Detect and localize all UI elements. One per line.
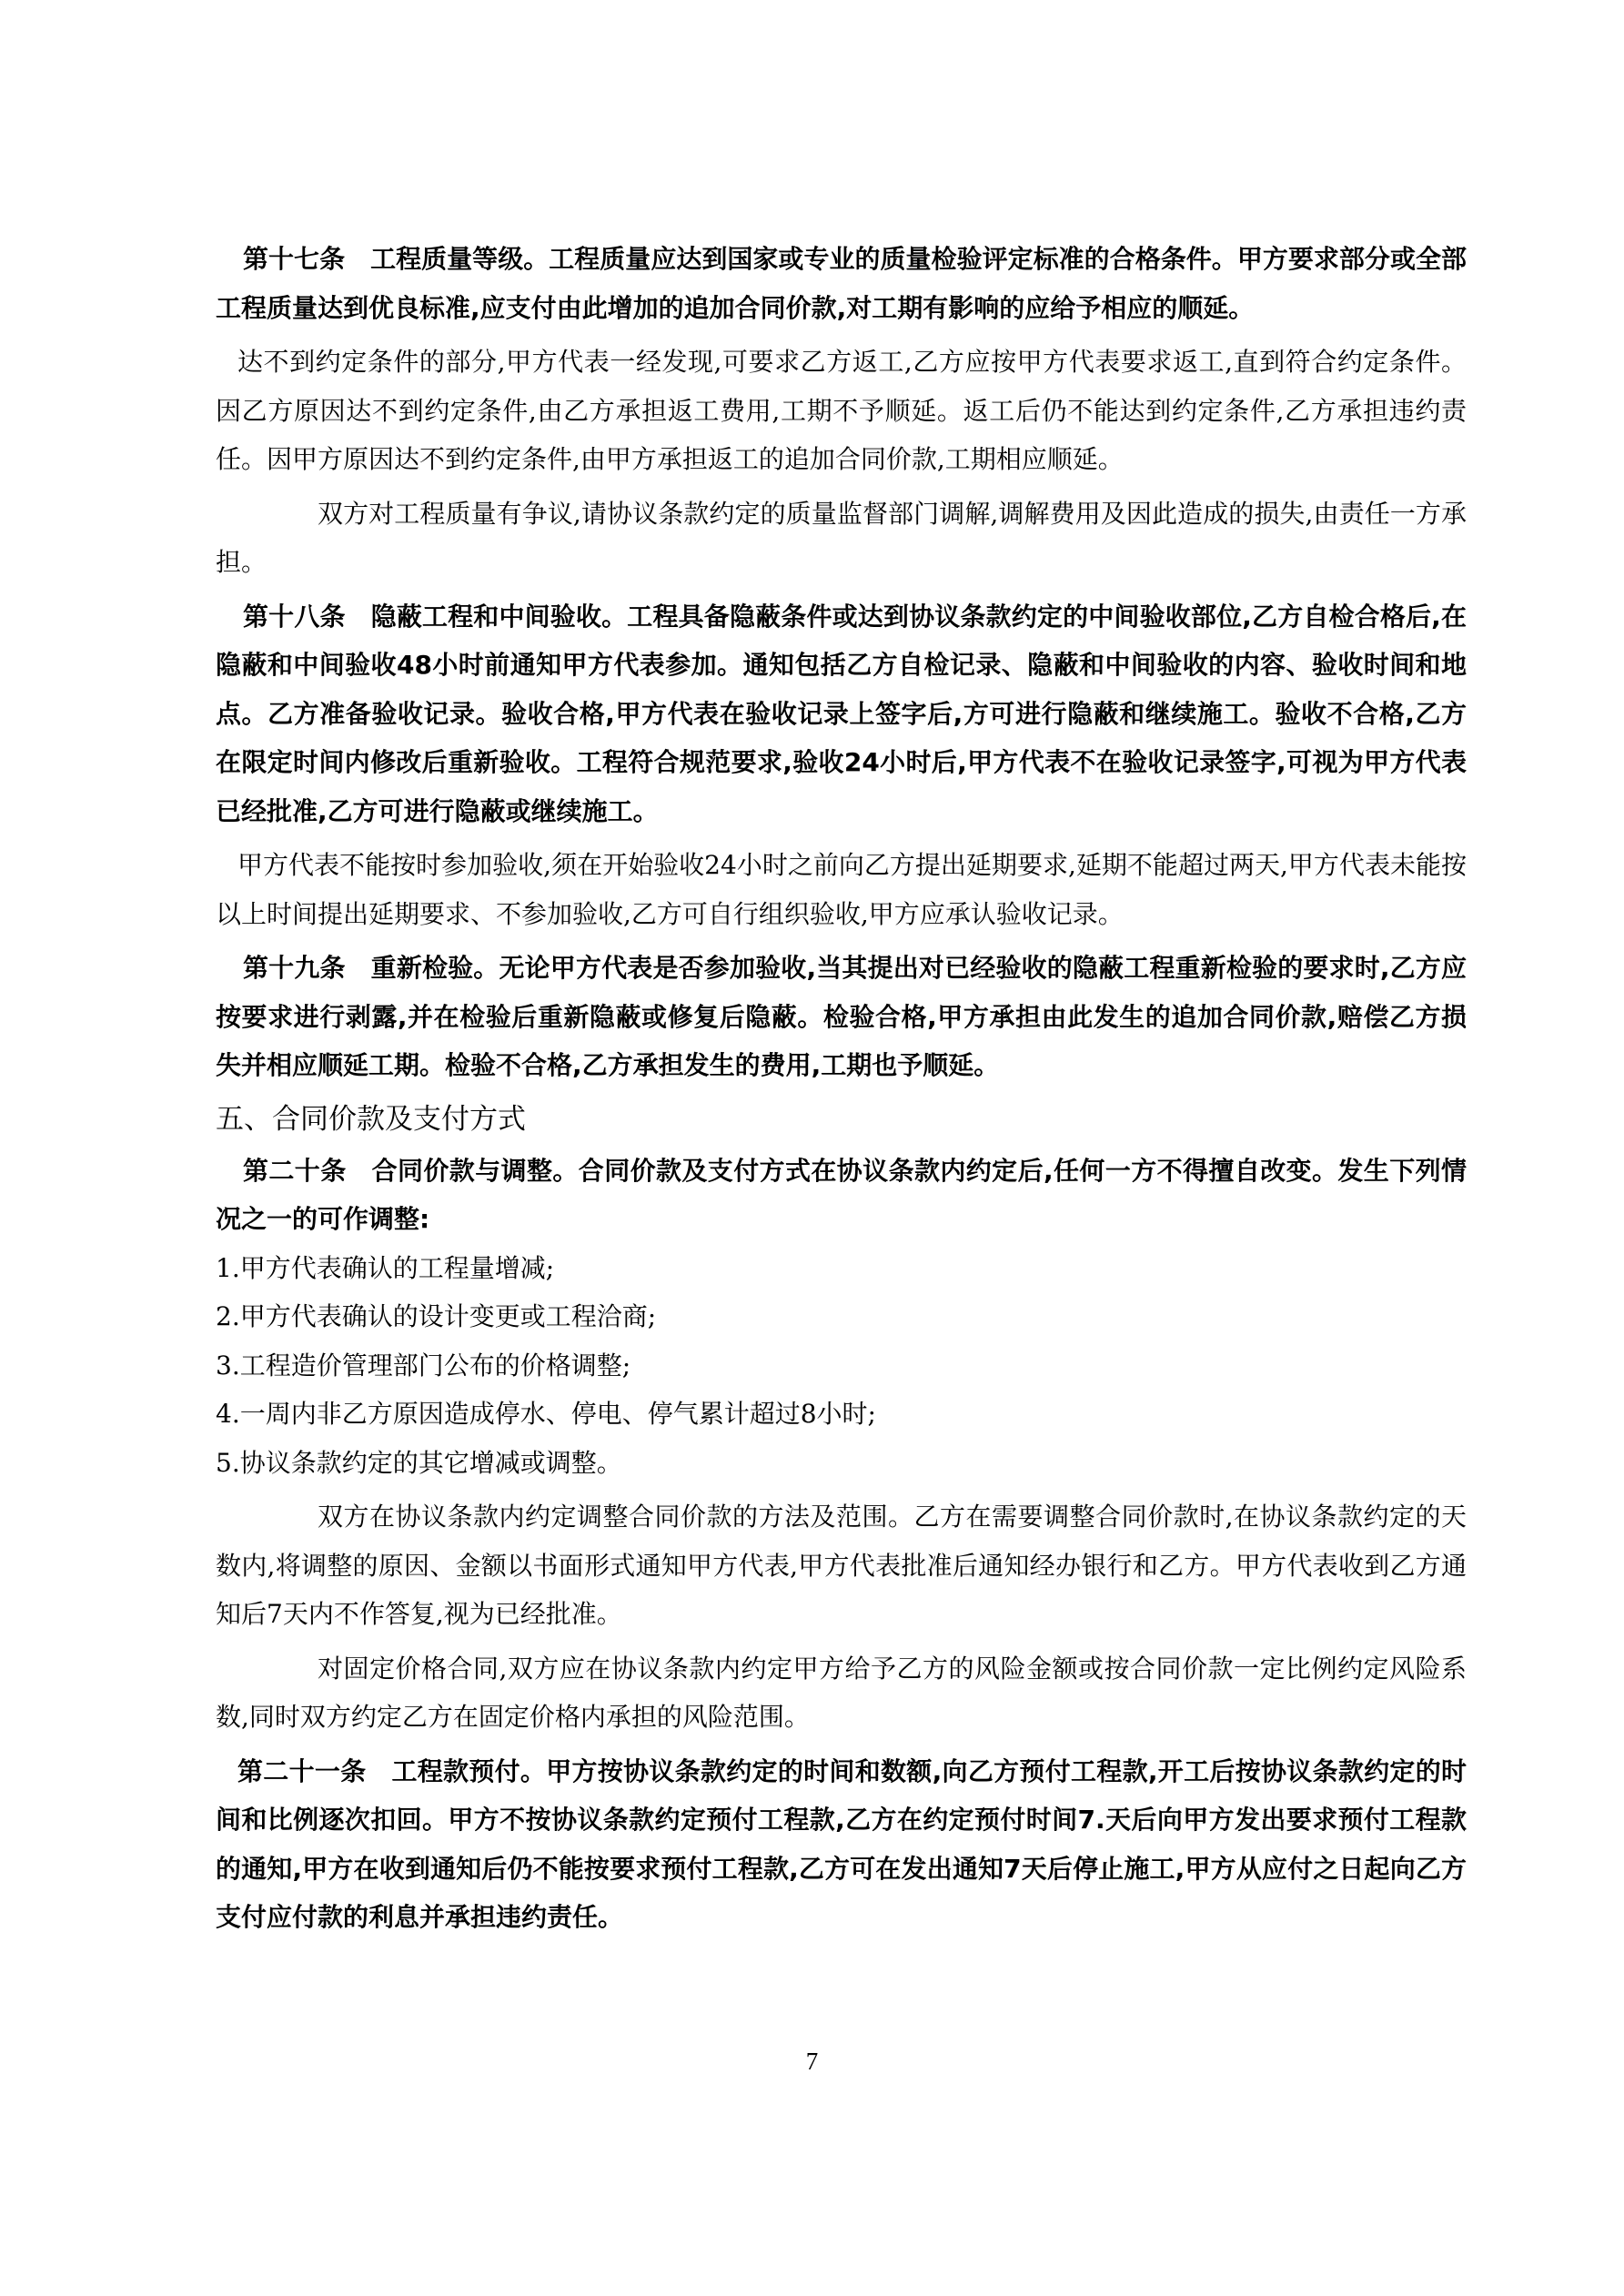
list-item: 1.甲方代表确认的工程量增减; xyxy=(216,1244,1467,1293)
article-number: 第二十条 xyxy=(243,1156,347,1186)
article-body: 工程质量等级。工程质量应达到国家或专业的质量检验评定标准的合格条件。甲方要求部分… xyxy=(216,244,1467,323)
article-number: 第十九条 xyxy=(243,953,346,983)
article-number: 第十七条 xyxy=(243,244,345,274)
list-item: 2.甲方代表确认的设计变更或工程洽商; xyxy=(216,1292,1467,1341)
article-20-paragraph-3: 对固定价格合同,双方应在协议条款内约定甲方给予乙方的风险金额或按合同价款一定比例… xyxy=(216,1644,1467,1742)
article-body: 工程款预付。甲方按协议条款约定的时间和数额,向乙方预付工程款,开工后按协议条款约… xyxy=(216,1756,1467,1933)
adjustment-list: 1.甲方代表确认的工程量增减; 2.甲方代表确认的设计变更或工程洽商; 3.工程… xyxy=(216,1244,1467,1488)
document-page: 第十七条工程质量等级。工程质量应达到国家或专业的质量检验评定标准的合格条件。甲方… xyxy=(216,235,1467,1942)
article-21: 第二十一条工程款预付。甲方按协议条款约定的时间和数额,向乙方预付工程款,开工后按… xyxy=(216,1747,1467,1942)
article-number: 第二十一条 xyxy=(237,1756,366,1786)
article-19: 第十九条重新检验。无论甲方代表是否参加验收,当其提出对已经验收的隐蔽工程重新检验… xyxy=(216,944,1467,1090)
page-number: 7 xyxy=(0,2048,1624,2076)
section-heading: 五、合同价款及支付方式 xyxy=(216,1092,1467,1147)
article-20: 第二十条合同价款与调整。合同价款及支付方式在协议条款内约定后,任何一方不得擅自改… xyxy=(216,1147,1467,1244)
article-body: 重新检验。无论甲方代表是否参加验收,当其提出对已经验收的隐蔽工程重新检验的要求时… xyxy=(216,953,1467,1080)
article-20-paragraph-2: 双方在协议条款内约定调整合同价款的方法及范围。乙方在需要调整合同价款时,在协议条… xyxy=(216,1492,1467,1639)
article-body: 合同价款与调整。合同价款及支付方式在协议条款内约定后,任何一方不得擅自改变。发生… xyxy=(216,1156,1467,1235)
article-18: 第十八条隐蔽工程和中间验收。工程具备隐蔽条件或达到协议条款约定的中间验收部位,乙… xyxy=(216,592,1467,836)
article-body: 隐蔽工程和中间验收。工程具备隐蔽条件或达到协议条款约定的中间验收部位,乙方自检合… xyxy=(216,602,1467,826)
list-item: 5.协议条款约定的其它增减或调整。 xyxy=(216,1439,1467,1488)
article-18-paragraph-2: 甲方代表不能按时参加验收,须在开始验收24小时之前向乙方提出延期要求,延期不能超… xyxy=(216,841,1467,938)
article-17-paragraph-2: 达不到约定条件的部分,甲方代表一经发现,可要求乙方返工,乙方应按甲方代表要求返工… xyxy=(216,338,1467,484)
article-17-paragraph-3: 双方对工程质量有争议,请协议条款约定的质量监督部门调解,调解费用及因此造成的损失… xyxy=(216,490,1467,587)
article-number: 第十八条 xyxy=(243,602,346,632)
list-item: 3.工程造价管理部门公布的价格调整; xyxy=(216,1341,1467,1391)
article-17: 第十七条工程质量等级。工程质量应达到国家或专业的质量检验评定标准的合格条件。甲方… xyxy=(216,235,1467,332)
list-item: 4.一周内非乙方原因造成停水、停电、停气累计超过8小时; xyxy=(216,1390,1467,1439)
